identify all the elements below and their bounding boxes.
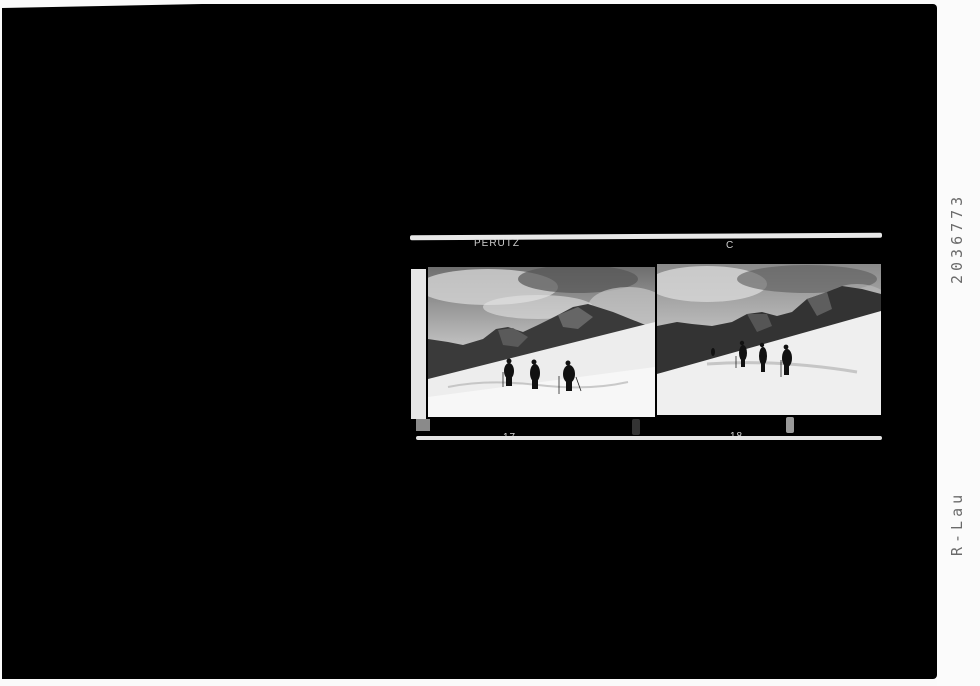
right-margin [937, 0, 980, 686]
film-frame-17 [428, 267, 655, 417]
film-frame-18 [657, 264, 881, 415]
film-edge-left-bottom [416, 419, 430, 431]
film-sprocket [632, 419, 640, 435]
film-brand-text: PERUTZ [474, 238, 520, 249]
film-strip: PERUTZ C [408, 231, 884, 449]
film-edge-left [411, 269, 426, 419]
archive-number-label: 2036773 [948, 193, 966, 284]
film-edge-mark: C [726, 240, 734, 251]
film-edge-bottom [416, 436, 882, 440]
photographer-code-label: R-Lau [948, 491, 966, 556]
mountain-scene-image [657, 264, 881, 415]
mountain-scene-image [428, 267, 655, 417]
film-sprocket [786, 417, 794, 433]
